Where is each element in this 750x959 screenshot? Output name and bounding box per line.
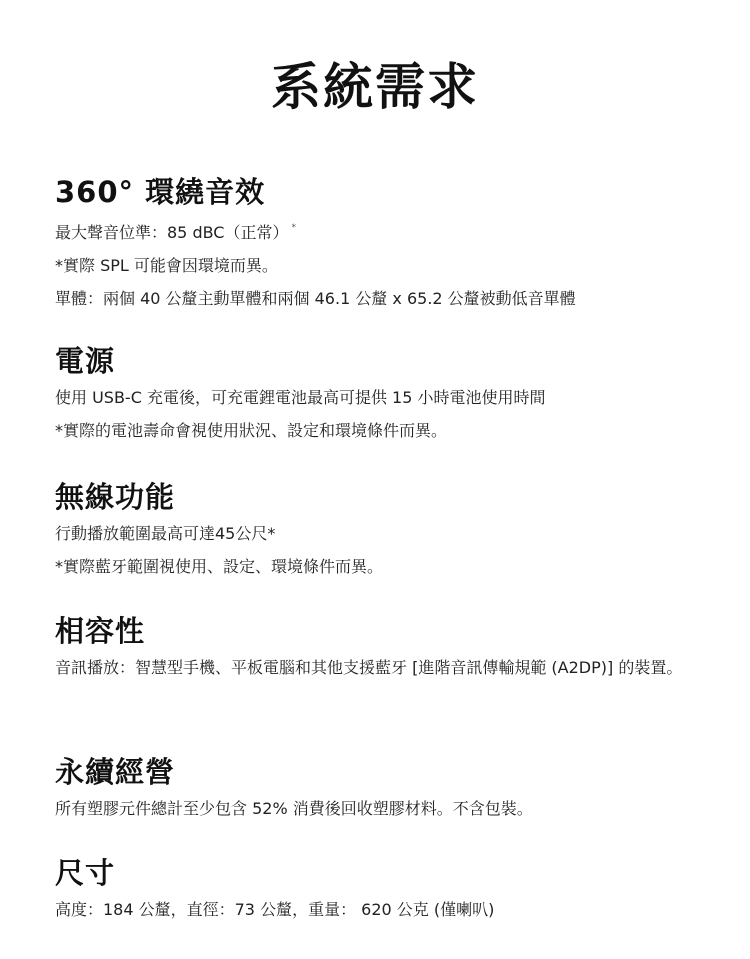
footnote-mark: * — [291, 223, 296, 233]
battery-note: *實際的電池壽命會視使用狀況、設定和環境條件而異。 — [55, 414, 735, 447]
max-sound-level: 最大聲音位準：85 dBC（正常）* — [55, 212, 735, 249]
spl-note: *實際 SPL 可能會因環境而異。 — [55, 249, 735, 282]
section-heading: 相容性 — [55, 611, 735, 651]
section-wireless: 無線功能 行動播放範圍最高可達45公尺* *實際藍牙範圍視使用、設定、環境條件而… — [55, 477, 735, 583]
section-heading: 永續經營 — [55, 752, 735, 792]
section-power: 電源 使用 USB-C 充電後，可充電鋰電池最高可提供 15 小時電池使用時間 … — [55, 341, 735, 447]
drivers-spec: 單體：兩個 40 公釐主動單體和兩個 46.1 公釐 x 65.2 公釐被動低音… — [55, 282, 735, 315]
section-heading: 尺寸 — [55, 853, 735, 893]
recycled-plastic-spec: 所有塑膠元件總計至少包含 52% 消費後回收塑膠材料。不含包裝。 — [55, 792, 735, 825]
page-title: 系統需求 — [0, 52, 750, 122]
dimensions-spec: 高度：184 公釐，直徑：73 公釐，重量： 620 公克 (僅喇叭) — [55, 893, 735, 926]
range-spec: 行動播放範圍最高可達45公尺* — [55, 517, 735, 550]
compatibility-spec: 音訊播放：智慧型手機、平板電腦和其他支援藍牙 [進階音訊傳輸規範 (A2DP)]… — [55, 651, 715, 684]
section-compatibility: 相容性 音訊播放：智慧型手機、平板電腦和其他支援藍牙 [進階音訊傳輸規範 (A2… — [55, 611, 735, 684]
range-note: *實際藍牙範圍視使用、設定、環境條件而異。 — [55, 550, 735, 583]
section-heading: 360° 環繞音效 — [55, 172, 735, 212]
section-dimensions: 尺寸 高度：184 公釐，直徑：73 公釐，重量： 620 公克 (僅喇叭) — [55, 853, 735, 926]
max-sound-level-text: 最大聲音位準：85 dBC（正常） — [55, 223, 288, 242]
section-heading: 無線功能 — [55, 477, 735, 517]
section-surround-sound: 360° 環繞音效 最大聲音位準：85 dBC（正常）* *實際 SPL 可能會… — [55, 172, 735, 315]
section-sustainability: 永續經營 所有塑膠元件總計至少包含 52% 消費後回收塑膠材料。不含包裝。 — [55, 752, 735, 825]
battery-spec: 使用 USB-C 充電後，可充電鋰電池最高可提供 15 小時電池使用時間 — [55, 381, 735, 414]
section-heading: 電源 — [55, 341, 735, 381]
